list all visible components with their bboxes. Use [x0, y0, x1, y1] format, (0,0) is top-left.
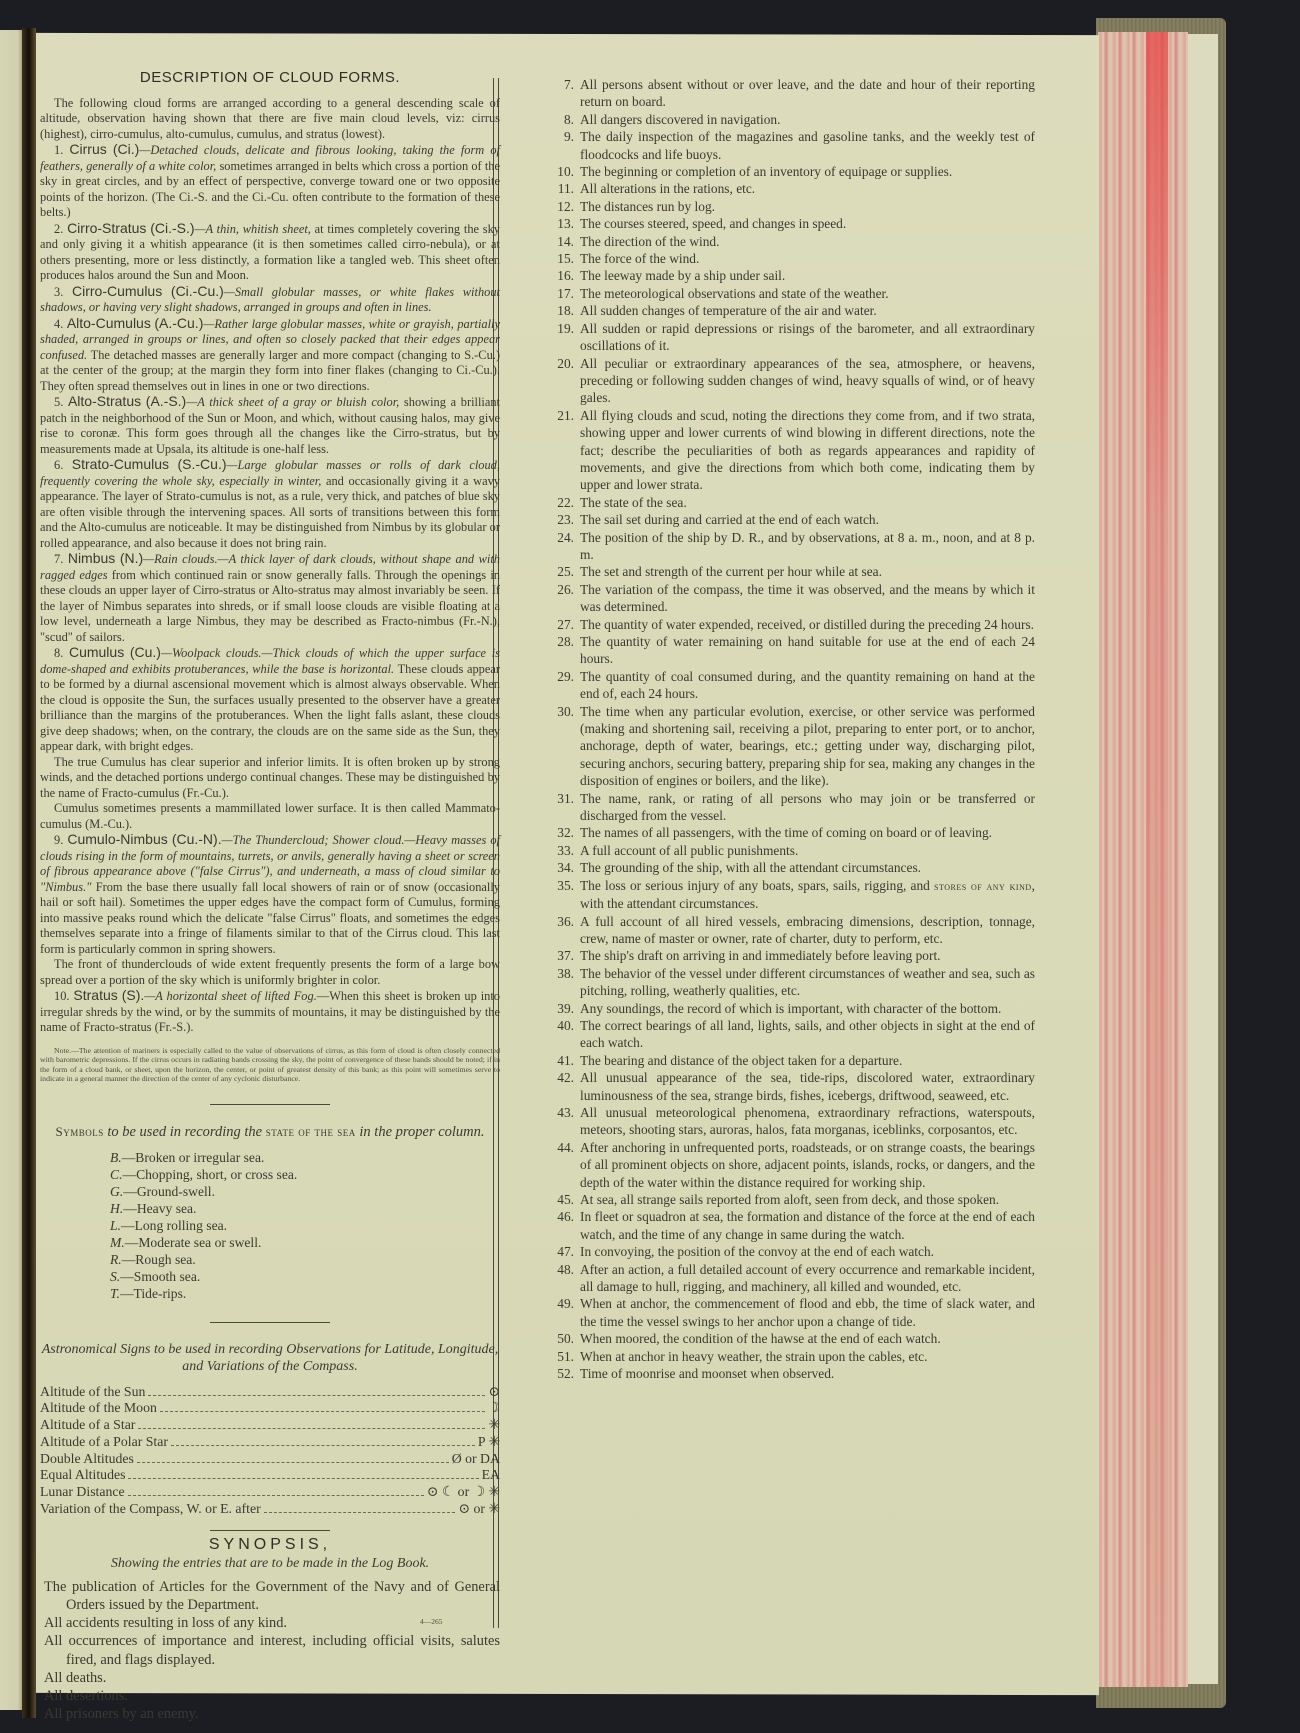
- log-entry-number: 21.: [540, 407, 580, 494]
- log-entry-text: The behavior of the vessel under differe…: [580, 965, 1035, 1000]
- log-entry-text: The daily inspection of the magazines an…: [580, 128, 1035, 163]
- log-entry-item: 22.The state of the sea.: [540, 494, 1035, 511]
- cloud-entry: 9. Cumulo-Nimbus (Cu.-N).—The Thunderclo…: [40, 832, 500, 957]
- astro-label: Altitude of the Sun: [40, 1384, 145, 1401]
- sea-symbol-code: L.: [110, 1218, 121, 1233]
- log-entry-number: 44.: [540, 1139, 580, 1191]
- log-entry-text: Any soundings, the record of which is im…: [580, 1000, 1035, 1017]
- log-entry-item: 16.The leeway made by a ship under sail.: [540, 267, 1035, 284]
- sea-symbol-row: B.—Broken or irregular sea.: [110, 1149, 500, 1166]
- cloud-entry: 4. Alto-Cumulus (A.-Cu.)—Rather large gl…: [40, 316, 500, 395]
- sea-symbol-meaning: —Smooth sea.: [120, 1269, 200, 1284]
- log-entry-text: In convoying, the position of the convoy…: [580, 1243, 1035, 1260]
- heading-part: state of the sea: [266, 1124, 356, 1139]
- log-entry-item: 51.When at anchor in heavy weather, the …: [540, 1348, 1035, 1365]
- cloud-description-italic: —A horizontal sheet of lifted Fog.: [144, 989, 317, 1003]
- cloud-abbr: (S.-Cu.): [178, 456, 227, 472]
- log-entry-item: 42.All unusual appearance of the sea, ti…: [540, 1069, 1035, 1104]
- log-entry-item: 30.The time when any particular evolutio…: [540, 703, 1035, 790]
- log-entry-item: 18.All sudden changes of temperature of …: [540, 302, 1035, 319]
- heading-part: Symbols: [55, 1124, 103, 1139]
- entry-number: 9.: [54, 833, 63, 847]
- sea-symbol-meaning: —Moderate sea or swell.: [125, 1235, 262, 1250]
- log-entry-number: 26.: [540, 581, 580, 616]
- cloud-description: The detached masses are generally larger…: [40, 348, 500, 393]
- sea-symbol-meaning: —Rough sea.: [122, 1252, 196, 1267]
- astro-sign-row: Equal AltitudesEA: [40, 1467, 500, 1484]
- astro-symbol: ⊙ ☾ or ☽ ✳: [427, 1484, 500, 1501]
- astro-label: Altitude of a Polar Star: [40, 1434, 168, 1451]
- cloud-abbr: (Ci.-Cu.): [171, 283, 224, 299]
- log-entry-text: The force of the wind.: [580, 250, 1035, 267]
- cumulonimbus-continuation: The front of thunderclouds of wide exten…: [40, 957, 500, 988]
- astro-label: Altitude of the Moon: [40, 1400, 157, 1417]
- synopsis-item: All deaths.: [40, 1669, 500, 1687]
- cloud-abbr: (N.): [120, 550, 143, 566]
- log-entry-text: When at anchor, the commencement of floo…: [580, 1295, 1035, 1330]
- sea-symbol-row: R.—Rough sea.: [110, 1251, 500, 1268]
- log-entry-number: 39.: [540, 1000, 580, 1017]
- cloud-abbr: (Cu.): [130, 644, 161, 660]
- log-entry-number: 35.: [540, 877, 580, 913]
- log-entry-number: 32.: [540, 824, 580, 841]
- sea-symbol-code: S.: [110, 1269, 120, 1284]
- log-entry-text: All alterations in the rations, etc.: [580, 180, 1035, 197]
- log-entry-item: 7.All persons absent without or over lea…: [540, 76, 1035, 111]
- log-entry-number: 34.: [540, 859, 580, 876]
- log-entry-text: A full account of all hired vessels, emb…: [580, 913, 1035, 948]
- sea-symbol-row: T.—Tide-rips.: [110, 1285, 500, 1302]
- log-entry-text: After anchoring in unfrequented ports, r…: [580, 1139, 1035, 1191]
- log-entry-item: 14.The direction of the wind.: [540, 233, 1035, 250]
- astronomical-signs-heading: Astronomical Signs to be used in recordi…: [40, 1341, 500, 1376]
- section-divider: [210, 1530, 330, 1531]
- cloud-description: from which continued rain or snow genera…: [40, 568, 500, 644]
- cloud-name: Nimbus: [68, 550, 115, 566]
- log-entry-number: 48.: [540, 1261, 580, 1296]
- log-entry-item: 39.Any soundings, the record of which is…: [540, 1000, 1035, 1017]
- cloud-name: Cumulus: [69, 644, 124, 660]
- log-entry-number: 22.: [540, 494, 580, 511]
- log-entry-item: 43.All unusual meteorological phenomena,…: [540, 1104, 1035, 1139]
- log-entry-text: The quantity of coal consumed during, an…: [580, 668, 1035, 703]
- log-entry-text: The beginning or completion of an invent…: [580, 163, 1035, 180]
- cloud-abbr: (Cu.-N).: [172, 831, 222, 847]
- log-entry-item: 34.The grounding of the ship, with all t…: [540, 859, 1035, 876]
- astro-label: Altitude of a Star: [40, 1417, 135, 1434]
- log-entry-item: 21.All flying clouds and scud, noting th…: [540, 407, 1035, 494]
- log-entry-number: 50.: [540, 1330, 580, 1347]
- sea-symbol-code: M.: [110, 1235, 125, 1250]
- cloud-name: Stratus: [73, 987, 117, 1003]
- log-entry-number: 14.: [540, 233, 580, 250]
- synopsis-title: SYNOPSIS,: [40, 1537, 500, 1553]
- log-entry-text: The grounding of the ship, with all the …: [580, 859, 1035, 876]
- astro-label: Equal Altitudes: [40, 1467, 125, 1484]
- log-entry-text: The state of the sea.: [580, 494, 1035, 511]
- log-entry-text: The bearing and distance of the object t…: [580, 1052, 1035, 1069]
- cloud-abbr: (A.-S.): [146, 393, 186, 409]
- cloud-entry: 10. Stratus (S).—A horizontal sheet of l…: [40, 988, 500, 1036]
- log-entry-item: 40.The correct bearings of all land, lig…: [540, 1017, 1035, 1052]
- cloud-entry: 7. Nimbus (N.)—Rain clouds.—A thick laye…: [40, 551, 500, 645]
- log-entry-text: The time when any particular evolution, …: [580, 703, 1035, 790]
- log-entry-item: 49.When at anchor, the commencement of f…: [540, 1295, 1035, 1330]
- log-entry-number: 43.: [540, 1104, 580, 1139]
- astro-symbol: EA: [482, 1467, 500, 1484]
- log-entry-item: 24.The position of the ship by D. R., an…: [540, 529, 1035, 564]
- cloud-entry: 6. Strato-Cumulus (S.-Cu.)—Large globula…: [40, 457, 500, 551]
- sea-symbol-meaning: —Ground-swell.: [123, 1184, 215, 1199]
- log-entry-number: 51.: [540, 1348, 580, 1365]
- log-entry-number: 38.: [540, 965, 580, 1000]
- log-entry-number: 41.: [540, 1052, 580, 1069]
- leader-dots: [264, 1512, 456, 1513]
- entry-number: 3.: [54, 285, 63, 299]
- sea-symbol-code: C.: [110, 1167, 122, 1182]
- cloud-description-italic: —A thin, whitish sheet,: [195, 222, 311, 236]
- astro-sign-row: Altitude of the Moon☽: [40, 1400, 500, 1417]
- synopsis-item: All occurrences of importance and intere…: [40, 1632, 500, 1668]
- log-entry-item: 45.At sea, all strange sails reported fr…: [540, 1191, 1035, 1208]
- log-entry-item: 37.The ship's draft on arriving in and i…: [540, 947, 1035, 964]
- section-divider: [210, 1322, 330, 1323]
- log-entry-item: 19.All sudden or rapid depressions or ri…: [540, 320, 1035, 355]
- sea-symbol-code: T.: [110, 1286, 120, 1301]
- leader-dots: [160, 1411, 485, 1412]
- synopsis-list: The publication of Articles for the Gove…: [40, 1578, 500, 1724]
- cloud-entry: 3. Cirro-Cumulus (Ci.-Cu.)—Small globula…: [40, 284, 500, 316]
- log-entry-item: 32.The names of all passengers, with the…: [540, 824, 1035, 841]
- log-entry-number: 37.: [540, 947, 580, 964]
- sea-symbol-row: M.—Moderate sea or swell.: [110, 1234, 500, 1251]
- astro-label: Variation of the Compass, W. or E. after: [40, 1501, 261, 1518]
- sea-symbol-row: H.—Heavy sea.: [110, 1200, 500, 1217]
- log-entry-text-smallcaps: stores of any kind: [934, 879, 1032, 893]
- cloud-entry: 5. Alto-Stratus (A.-S.)—A thick sheet of…: [40, 394, 500, 457]
- entry-number: 4.: [54, 317, 63, 331]
- log-entry-text: The meteorological observations and stat…: [580, 285, 1035, 302]
- leader-dots: [138, 1428, 485, 1429]
- page-number-mark: 4—265: [420, 1617, 443, 1626]
- cloud-name: Cirro-Cumulus: [72, 283, 162, 299]
- cloud-forms-intro: The following cloud forms are arranged a…: [40, 96, 500, 143]
- log-entry-text: All unusual appearance of the sea, tide-…: [580, 1069, 1035, 1104]
- synopsis-item: All desertions.: [40, 1687, 500, 1705]
- astro-symbol: ☽: [488, 1400, 500, 1417]
- log-entry-item: 28.The quantity of water remaining on ha…: [540, 633, 1035, 668]
- log-entry-text: When moored, the condition of the hawse …: [580, 1330, 1035, 1347]
- entry-number: 10.: [54, 989, 70, 1003]
- cloud-description: From the base there usually fall local s…: [40, 880, 500, 956]
- log-entry-text: The position of the ship by D. R., and b…: [580, 529, 1035, 564]
- sea-symbol-meaning: —Heavy sea.: [123, 1201, 196, 1216]
- log-entry-text: The names of all passengers, with the ti…: [580, 824, 1035, 841]
- log-entry-text-part: The loss or serious injury of any boats,…: [580, 878, 934, 893]
- log-entry-number: 13.: [540, 215, 580, 232]
- synopsis-item-text: All occurrences of importance and intere…: [44, 1633, 500, 1667]
- cloud-entries: 1. Cirrus (Ci.)—Detached clouds, delicat…: [40, 142, 500, 755]
- log-entry-item: 46.In fleet or squadron at sea, the form…: [540, 1208, 1035, 1243]
- log-entry-number: 9.: [540, 128, 580, 163]
- log-entry-number: 28.: [540, 633, 580, 668]
- log-entry-number: 11.: [540, 180, 580, 197]
- cloud-abbr: (A.-Cu.): [154, 315, 203, 331]
- cloud-entry: 2. Cirro-Stratus (Ci.-S.)—A thin, whitis…: [40, 221, 500, 284]
- sea-symbol-code: H.: [110, 1201, 123, 1216]
- log-entry-number: 49.: [540, 1295, 580, 1330]
- entry-number: 6.: [54, 458, 63, 472]
- log-entry-text: The sail set during and carried at the e…: [580, 511, 1035, 528]
- log-entry-item: 26.The variation of the compass, the tim…: [540, 581, 1035, 616]
- log-entry-item: 35.The loss or serious injury of any boa…: [540, 877, 1035, 913]
- log-entry-text: The courses steered, speed, and changes …: [580, 215, 1035, 232]
- log-entry-number: 25.: [540, 563, 580, 580]
- astro-symbol: ⊙: [488, 1384, 500, 1401]
- sea-state-heading: Symbols to be used in recording the stat…: [40, 1123, 500, 1141]
- cloud-abbr: (Ci.-S.): [150, 220, 194, 236]
- page-edge-end: [1188, 34, 1218, 1684]
- log-entry-item: 48.After an action, a full detailed acco…: [540, 1261, 1035, 1296]
- log-entry-text: All unusual meteorological phenomena, ex…: [580, 1104, 1035, 1139]
- log-entry-text: The distances run by log.: [580, 198, 1035, 215]
- log-entry-text: The set and strength of the current per …: [580, 563, 1035, 580]
- section-divider: [210, 1104, 330, 1105]
- log-entry-text: After an action, a full detailed account…: [580, 1261, 1035, 1296]
- log-entry-number: 10.: [540, 163, 580, 180]
- log-entry-number: 7.: [540, 76, 580, 111]
- log-entry-number: 27.: [540, 616, 580, 633]
- log-entry-number: 23.: [540, 511, 580, 528]
- log-entry-item: 10.The beginning or completion of an inv…: [540, 163, 1035, 180]
- astro-label: Lunar Distance: [40, 1484, 125, 1501]
- synopsis-item-text: All desertions.: [44, 1688, 128, 1704]
- log-entry-text: All dangers discovered in navigation.: [580, 111, 1035, 128]
- leader-dots: [128, 1478, 478, 1479]
- cloud-name: Cumulo-Nimbus: [67, 831, 167, 847]
- synopsis-list-continued: 7.All persons absent without or over lea…: [540, 76, 1035, 1382]
- astronomical-signs-table: Altitude of the Sun⊙Altitude of the Moon…: [40, 1384, 500, 1518]
- cloud-name: Alto-Stratus: [68, 393, 141, 409]
- cloud-entry: 1. Cirrus (Ci.)—Detached clouds, delicat…: [40, 142, 500, 221]
- log-entry-item: 47.In convoying, the position of the con…: [540, 1243, 1035, 1260]
- log-entry-number: 33.: [540, 842, 580, 859]
- log-entry-item: 36.A full account of all hired vessels, …: [540, 913, 1035, 948]
- astro-label: Double Altitudes: [40, 1451, 134, 1468]
- log-entry-number: 45.: [540, 1191, 580, 1208]
- cloud-abbr: (S).: [122, 987, 145, 1003]
- sea-symbol-code: B.: [110, 1150, 122, 1165]
- cirrus-note: Note.—The attention of mariners is espec…: [40, 1046, 500, 1084]
- log-entry-item: 12.The distances run by log.: [540, 198, 1035, 215]
- log-entry-item: 44.After anchoring in unfrequented ports…: [540, 1139, 1035, 1191]
- entry-number: 2.: [54, 222, 63, 236]
- cloud-name: Strato-Cumulus: [72, 456, 169, 472]
- log-entry-number: 36.: [540, 913, 580, 948]
- synopsis-subtitle: Showing the entries that are to be made …: [40, 1556, 500, 1572]
- log-entry-number: 29.: [540, 668, 580, 703]
- astro-symbol: ⊙ or ✳: [458, 1501, 500, 1518]
- log-entry-number: 15.: [540, 250, 580, 267]
- log-entry-text: The loss or serious injury of any boats,…: [580, 877, 1035, 913]
- leader-dots: [128, 1495, 424, 1496]
- cumulus-continuation-2: Cumulus sometimes presents a mammillated…: [40, 801, 500, 832]
- heading-part: to be used in recording the: [104, 1124, 266, 1140]
- synopsis-item-text: The publication of Articles for the Gove…: [44, 1579, 500, 1613]
- log-entry-item: 25.The set and strength of the current p…: [540, 563, 1035, 580]
- astro-sign-row: Lunar Distance⊙ ☾ or ☽ ✳: [40, 1484, 500, 1501]
- log-entry-item: 50.When moored, the condition of the haw…: [540, 1330, 1035, 1347]
- cumulus-continuation-1: The true Cumulus has clear superior and …: [40, 755, 500, 802]
- heading-part: in the proper column.: [356, 1124, 485, 1140]
- log-entry-text: The leeway made by a ship under sail.: [580, 267, 1035, 284]
- left-column: DESCRIPTION OF CLOUD FORMS. The followin…: [40, 70, 500, 1724]
- log-entry-item: 38.The behavior of the vessel under diff…: [540, 965, 1035, 1000]
- synopsis-item: All prisoners by an enemy.: [40, 1705, 500, 1723]
- cloud-description-italic: —A thick sheet of a gray or bluish color…: [186, 395, 399, 409]
- log-entry-text: The quantity of water expended, received…: [580, 616, 1035, 633]
- log-entry-text: A full account of all public punishments…: [580, 842, 1035, 859]
- log-entry-number: 47.: [540, 1243, 580, 1260]
- sea-symbol-row: L.—Long rolling sea.: [110, 1217, 500, 1234]
- astro-symbol: ✳: [488, 1417, 500, 1434]
- astro-symbol: Ø or DA: [452, 1451, 500, 1468]
- log-entry-text: All persons absent without or over leave…: [580, 76, 1035, 111]
- synopsis-item-text: All prisoners by an enemy.: [44, 1706, 199, 1722]
- log-entry-text: The ship's draft on arriving in and imme…: [580, 947, 1035, 964]
- log-entry-item: 11.All alterations in the rations, etc.: [540, 180, 1035, 197]
- cloud-name: Cirro-Stratus: [67, 220, 146, 236]
- log-entry-number: 17.: [540, 285, 580, 302]
- astro-symbol: P ✳: [478, 1434, 500, 1451]
- page-edges-red: [1098, 32, 1188, 1687]
- sea-symbol-row: G.—Ground-swell.: [110, 1183, 500, 1200]
- astro-sign-row: Altitude of the Sun⊙: [40, 1384, 500, 1401]
- log-entry-item: 17.The meteorological observations and s…: [540, 285, 1035, 302]
- sea-symbol-meaning: —Broken or irregular sea.: [122, 1150, 265, 1165]
- entry-number: 1.: [54, 143, 63, 157]
- cloud-name: Alto-Cumulus: [67, 315, 151, 331]
- sea-symbol-row: S.—Smooth sea.: [110, 1268, 500, 1285]
- log-entry-text: All flying clouds and scud, noting the d…: [580, 407, 1035, 494]
- log-entry-item: 13.The courses steered, speed, and chang…: [540, 215, 1035, 232]
- log-entry-number: 20.: [540, 355, 580, 407]
- cloud-forms-title: DESCRIPTION OF CLOUD FORMS.: [40, 70, 500, 86]
- log-entry-text: All peculiar or extraordinary appearance…: [580, 355, 1035, 407]
- log-entry-number: 30.: [540, 703, 580, 790]
- log-entry-text: The quantity of water remaining on hand …: [580, 633, 1035, 668]
- log-entry-item: 41.The bearing and distance of the objec…: [540, 1052, 1035, 1069]
- astro-sign-row: Altitude of a Polar StarP ✳: [40, 1434, 500, 1451]
- log-entry-number: 12.: [540, 198, 580, 215]
- sea-symbol-meaning: —Chopping, short, or cross sea.: [122, 1167, 297, 1182]
- log-entry-item: 20.All peculiar or extraordinary appeara…: [540, 355, 1035, 407]
- log-entry-number: 19.: [540, 320, 580, 355]
- log-entry-text: At sea, all strange sails reported from …: [580, 1191, 1035, 1208]
- entry-number: 7.: [54, 552, 63, 566]
- entry-number: 5.: [54, 395, 63, 409]
- entry-number: 8.: [54, 646, 63, 660]
- log-entry-number: 46.: [540, 1208, 580, 1243]
- log-entry-item: 8.All dangers discovered in navigation.: [540, 111, 1035, 128]
- leader-dots: [148, 1395, 485, 1396]
- log-entry-number: 18.: [540, 302, 580, 319]
- log-entry-text: The variation of the compass, the time i…: [580, 581, 1035, 616]
- book-gutter: [22, 28, 36, 1718]
- log-entry-number: 40.: [540, 1017, 580, 1052]
- synopsis-item-text: All deaths.: [44, 1670, 106, 1686]
- log-entry-item: 23.The sail set during and carried at th…: [540, 511, 1035, 528]
- log-entry-number: 52.: [540, 1365, 580, 1382]
- synopsis-item-text: All accidents resulting in loss of any k…: [44, 1615, 287, 1631]
- sea-symbol-code: R.: [110, 1252, 122, 1267]
- log-entry-text: The correct bearings of all land, lights…: [580, 1017, 1035, 1052]
- log-entry-number: 16.: [540, 267, 580, 284]
- astro-sign-row: Double AltitudesØ or DA: [40, 1451, 500, 1468]
- cloud-abbr: (Ci.): [113, 141, 139, 157]
- log-entry-item: 33.A full account of all public punishme…: [540, 842, 1035, 859]
- cloud-name: Cirrus: [69, 141, 106, 157]
- log-entry-text: In fleet or squadron at sea, the formati…: [580, 1208, 1035, 1243]
- sea-symbol-meaning: —Tide-rips.: [120, 1286, 186, 1301]
- leader-dots: [137, 1462, 449, 1463]
- log-entry-text: Time of moonrise and moonset when observ…: [580, 1365, 1035, 1382]
- astro-sign-row: Variation of the Compass, W. or E. after…: [40, 1501, 500, 1518]
- log-entry-number: 42.: [540, 1069, 580, 1104]
- leader-dots: [171, 1445, 475, 1446]
- cloud-entry: 8. Cumulus (Cu.)—Woolpack clouds.—Thick …: [40, 645, 500, 755]
- sea-symbol-code: G.: [110, 1184, 123, 1199]
- sea-state-symbol-list: B.—Broken or irregular sea.C.—Chopping, …: [110, 1149, 500, 1302]
- sea-symbol-meaning: —Long rolling sea.: [121, 1218, 227, 1233]
- synopsis-item: The publication of Articles for the Gove…: [40, 1578, 500, 1614]
- log-entry-item: 27.The quantity of water expended, recei…: [540, 616, 1035, 633]
- log-entry-text: The name, rank, or rating of all persons…: [580, 790, 1035, 825]
- log-entry-text: The direction of the wind.: [580, 233, 1035, 250]
- sea-symbol-row: C.—Chopping, short, or cross sea.: [110, 1166, 500, 1183]
- log-entry-text: When at anchor in heavy weather, the str…: [580, 1348, 1035, 1365]
- log-entry-item: 9.The daily inspection of the magazines …: [540, 128, 1035, 163]
- log-entry-item: 31.The name, rank, or rating of all pers…: [540, 790, 1035, 825]
- log-entry-number: 24.: [540, 529, 580, 564]
- log-entry-number: 8.: [540, 111, 580, 128]
- log-entry-item: 29.The quantity of coal consumed during,…: [540, 668, 1035, 703]
- log-entry-text: All sudden or rapid depressions or risin…: [580, 320, 1035, 355]
- log-entry-item: 15.The force of the wind.: [540, 250, 1035, 267]
- astro-sign-row: Altitude of a Star✳: [40, 1417, 500, 1434]
- log-entry-item: 52.Time of moonrise and moonset when obs…: [540, 1365, 1035, 1382]
- log-entry-number: 31.: [540, 790, 580, 825]
- log-entry-text: All sudden changes of temperature of the…: [580, 302, 1035, 319]
